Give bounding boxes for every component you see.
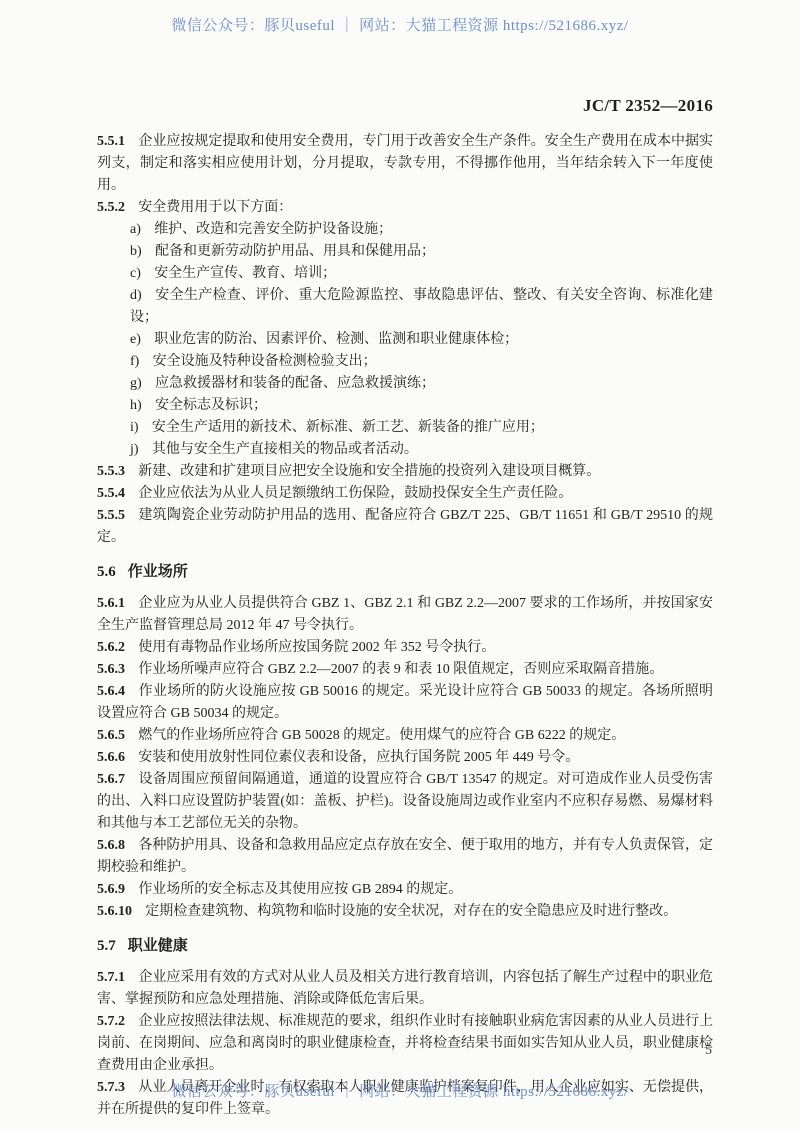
watermark-bottom: 微信公众号：豚贝useful ｜ 网站：大猫工程资源 https://52168…	[0, 1080, 800, 1101]
clause-paragraph: 5.6.7设备周围应预留间隔通道，通道的设置应符合 GB/T 13547 的规定…	[97, 769, 713, 835]
list-text: 其他与安全生产直接相关的物品或者活动。	[152, 442, 418, 457]
list-item: h)安全标志及标识；	[97, 395, 713, 417]
heading-number: 5.6	[97, 564, 116, 580]
clause-text: 企业应依法为从业人员足额缴纳工伤保险，鼓励投保安全生产责任险。	[138, 486, 572, 501]
clause-number: 5.6.9	[97, 882, 125, 897]
clause-number: 5.6.1	[97, 596, 125, 611]
list-item: a)维护、改造和完善安全防护设备设施；	[97, 219, 713, 241]
list-item: j)其他与安全生产直接相关的物品或者活动。	[97, 439, 713, 461]
heading-number: 5.7	[97, 938, 116, 954]
clause-paragraph: 5.6.1企业应为从业人员提供符合 GBZ 1、GBZ 2.1 和 GBZ 2.…	[97, 593, 713, 637]
clause-text: 作业场所的防火设施应按 GB 50016 的规定。采光设计应符合 GB 5003…	[97, 684, 713, 721]
clause-text: 作业场所的安全标志及其使用应按 GB 2894 的规定。	[138, 882, 462, 897]
clause-text: 新建、改建和扩建项目应把安全设施和安全措施的投资列入建设项目概算。	[138, 464, 600, 479]
clause-number: 5.5.5	[97, 508, 125, 523]
clause-text: 安装和使用放射性同位素仪表和设备，应执行国务院 2005 年 449 号令。	[138, 750, 579, 765]
clause-text: 建筑陶瓷企业劳动防护用品的选用、配备应符合 GBZ/T 225、GB/T 116…	[97, 508, 713, 545]
clause-text: 企业应为从业人员提供符合 GBZ 1、GBZ 2.1 和 GBZ 2.2—200…	[97, 596, 713, 633]
clause-number: 5.5.3	[97, 464, 125, 479]
clause-paragraph: 5.7.1企业应采用有效的方式对从业人员及相关方进行教育培训，内容包括了解生产过…	[97, 967, 713, 1011]
list-item: d)安全生产检查、评价、重大危险源监控、事故隐患评估、整改、有关安全咨询、标准化…	[97, 285, 713, 329]
list-item: g)应急救援器材和装备的配备、应急救援演练；	[97, 373, 713, 395]
clause-text: 燃气的作业场所应符合 GB 50028 的规定。使用煤气的应符合 GB 6222…	[138, 728, 625, 743]
clause-text: 设备周围应预留间隔通道，通道的设置应符合 GB/T 13547 的规定。对可造成…	[97, 772, 713, 831]
list-item: i)安全生产适用的新技术、新标准、新工艺、新装备的推广应用；	[97, 417, 713, 439]
clause-paragraph: 5.6.5燃气的作业场所应符合 GB 50028 的规定。使用煤气的应符合 GB…	[97, 725, 713, 747]
clause-number: 5.6.10	[97, 904, 132, 919]
clause-paragraph: 5.5.1企业应按规定提取和使用安全费用，专门用于改善安全生产条件。安全生产费用…	[97, 131, 713, 197]
heading-text: 职业健康	[128, 938, 188, 954]
list-text: 安全标志及标识；	[155, 398, 267, 413]
list-item: b)配备和更新劳动防护用品、用具和保健用品；	[97, 241, 713, 263]
list-marker: f)	[130, 354, 139, 369]
section-heading: 5.7职业健康	[97, 935, 713, 957]
clause-text: 各种防护用具、设备和急救用品应定点存放在安全、便于取用的地方，并有专人负责保管，…	[97, 838, 713, 875]
clause-text: 安全费用用于以下方面：	[138, 200, 292, 215]
clause-number: 5.6.6	[97, 750, 125, 765]
list-item: c)安全生产宣传、教育、培训；	[97, 263, 713, 285]
clause-paragraph: 5.6.8各种防护用具、设备和急救用品应定点存放在安全、便于取用的地方，并有专人…	[97, 835, 713, 879]
clause-paragraph: 5.7.2企业应按照法律法规、标准规范的要求，组织作业时有接触职业病危害因素的从…	[97, 1011, 713, 1077]
clause-paragraph: 5.5.4企业应依法为从业人员足额缴纳工伤保险，鼓励投保安全生产责任险。	[97, 483, 713, 505]
clause-paragraph: 5.6.2使用有毒物品作业场所应按国务院 2002 年 352 号令执行。	[97, 637, 713, 659]
clause-number: 5.6.3	[97, 662, 125, 677]
list-text: 安全生产检查、评价、重大危险源监控、事故隐患评估、整改、有关安全咨询、标准化建设…	[130, 288, 713, 325]
standard-number: JC/T 2352—2016	[583, 96, 713, 116]
clause-number: 5.6.8	[97, 838, 125, 853]
list-item: e)职业危害的防治、因素评价、检测、监测和职业健康体检；	[97, 329, 713, 351]
list-marker: j)	[130, 442, 139, 457]
clause-paragraph: 5.6.10定期检查建筑物、构筑物和临时设施的安全状况，对存在的安全隐患应及时进…	[97, 901, 713, 923]
document-page: 微信公众号：豚贝useful ｜ 网站：大猫工程资源 https://52168…	[0, 0, 800, 1129]
clause-paragraph: 5.6.4作业场所的防火设施应按 GB 50016 的规定。采光设计应符合 GB…	[97, 681, 713, 725]
clause-paragraph: 5.5.2安全费用用于以下方面：	[97, 197, 713, 219]
clause-paragraph: 5.6.3作业场所噪声应符合 GBZ 2.2—2007 的表 9 和表 10 限…	[97, 659, 713, 681]
clause-text: 企业应按照法律法规、标准规范的要求，组织作业时有接触职业病危害因素的从业人员进行…	[97, 1014, 713, 1073]
clause-text: 使用有毒物品作业场所应按国务院 2002 年 352 号令执行。	[138, 640, 495, 655]
list-text: 安全生产宣传、教育、培训；	[154, 266, 336, 281]
clause-number: 5.6.2	[97, 640, 125, 655]
clause-number: 5.6.7	[97, 772, 125, 787]
clause-paragraph: 5.6.9作业场所的安全标志及其使用应按 GB 2894 的规定。	[97, 879, 713, 901]
clause-text: 定期检查建筑物、构筑物和临时设施的安全状况，对存在的安全隐患应及时进行整改。	[145, 904, 677, 919]
list-text: 应急救援器材和装备的配备、应急救援演练；	[155, 376, 435, 391]
document-body: 5.5.1企业应按规定提取和使用安全费用，专门用于改善安全生产条件。安全生产费用…	[97, 131, 713, 1121]
clause-paragraph: 5.5.3新建、改建和扩建项目应把安全设施和安全措施的投资列入建设项目概算。	[97, 461, 713, 483]
clause-paragraph: 5.5.5建筑陶瓷企业劳动防护用品的选用、配备应符合 GBZ/T 225、GB/…	[97, 505, 713, 549]
clause-number: 5.5.2	[97, 200, 125, 215]
list-item: f)安全设施及特种设备检测检验支出；	[97, 351, 713, 373]
list-marker: a)	[130, 222, 141, 237]
heading-text: 作业场所	[128, 564, 188, 580]
list-marker: d)	[130, 288, 142, 303]
list-marker: c)	[130, 266, 141, 281]
list-text: 维护、改造和完善安全防护设备设施；	[154, 222, 392, 237]
clause-number: 5.5.1	[97, 134, 125, 149]
clause-number: 5.7.1	[97, 970, 125, 985]
clause-text: 作业场所噪声应符合 GBZ 2.2—2007 的表 9 和表 10 限值规定，否…	[138, 662, 663, 677]
clause-number: 5.6.5	[97, 728, 125, 743]
list-text: 配备和更新劳动防护用品、用具和保健用品；	[155, 244, 435, 259]
list-marker: e)	[130, 332, 141, 347]
list-text: 安全生产适用的新技术、新标准、新工艺、新装备的推广应用；	[152, 420, 544, 435]
clause-paragraph: 5.6.6安装和使用放射性同位素仪表和设备，应执行国务院 2005 年 449 …	[97, 747, 713, 769]
clause-number: 5.7.2	[97, 1014, 125, 1029]
list-marker: h)	[130, 398, 142, 413]
clause-text: 企业应按规定提取和使用安全费用，专门用于改善安全生产条件。安全生产费用在成本中据…	[97, 134, 713, 193]
clause-number: 5.6.4	[97, 684, 125, 699]
list-text: 职业危害的防治、因素评价、检测、监测和职业健康体检；	[154, 332, 518, 347]
clause-text: 企业应采用有效的方式对从业人员及相关方进行教育培训，内容包括了解生产过程中的职业…	[97, 970, 713, 1007]
list-marker: b)	[130, 244, 142, 259]
section-heading: 5.6作业场所	[97, 561, 713, 583]
page-number: 5	[705, 1043, 712, 1059]
list-marker: i)	[130, 420, 139, 435]
watermark-top: 微信公众号：豚贝useful ｜ 网站：大猫工程资源 https://52168…	[0, 14, 800, 35]
list-marker: g)	[130, 376, 142, 391]
list-text: 安全设施及特种设备检测检验支出；	[153, 354, 377, 369]
clause-number: 5.5.4	[97, 486, 125, 501]
